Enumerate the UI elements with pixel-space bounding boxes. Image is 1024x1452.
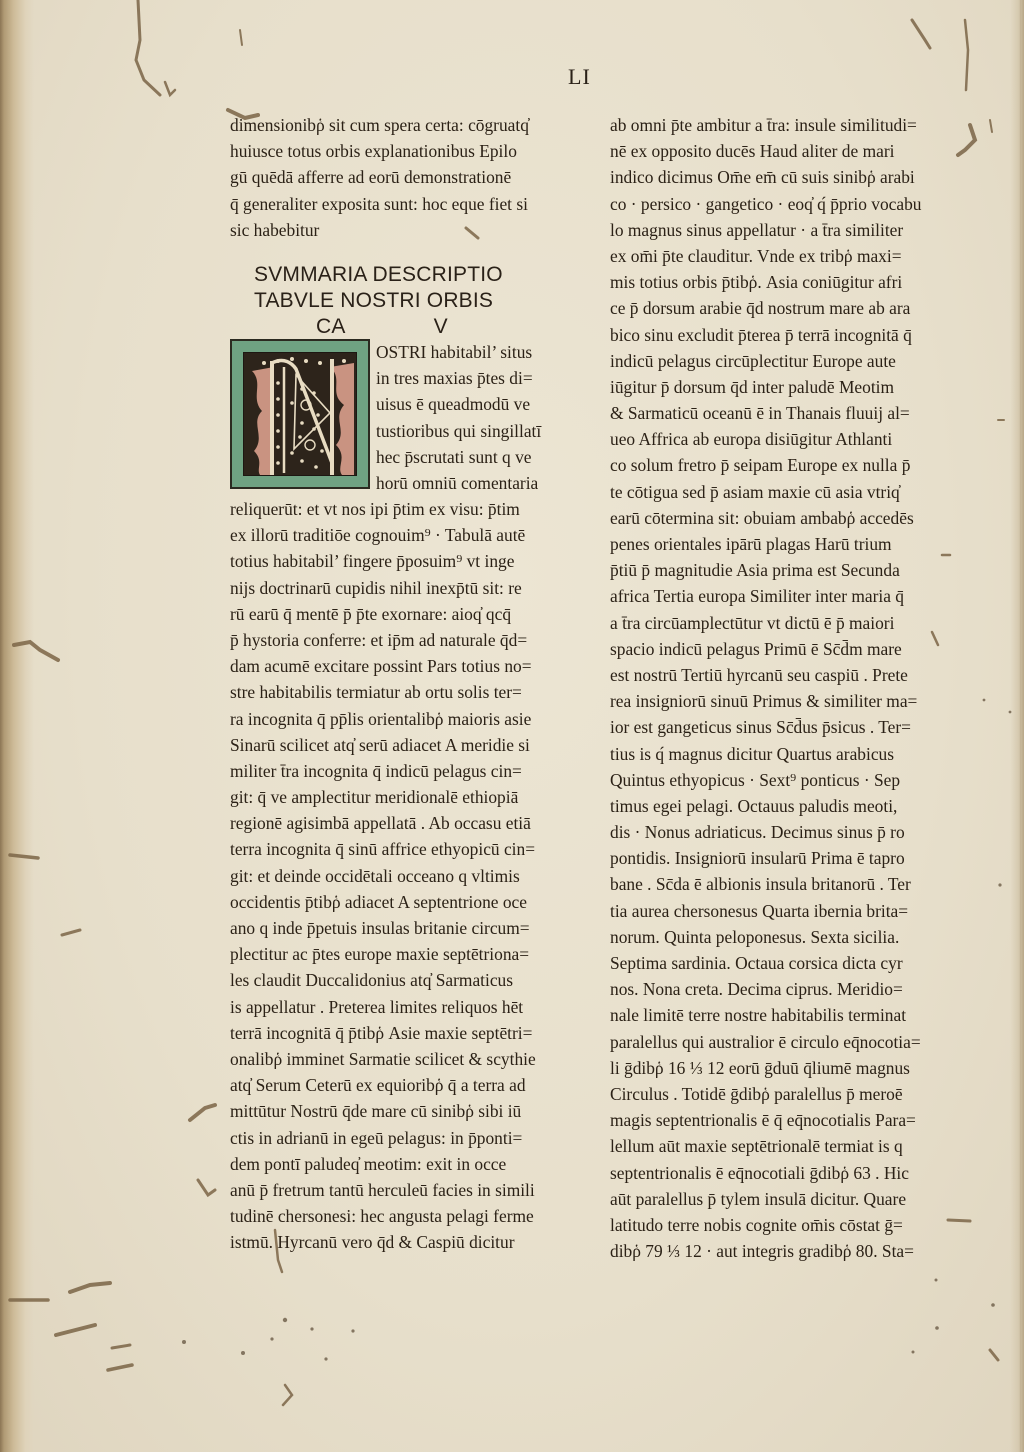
text-line: p̄tiū p̄ magnitudie Asia prima est Secu… [610,557,960,583]
heading-line-1: SVMMARIA DESCRIPTIO [254,262,503,288]
initial-letter-n-icon [244,353,357,476]
text-line: a t̄ra circūamplectūtur vt dictū ē p… [610,610,960,636]
text-line: uisus ē queadmodū ve [376,391,541,417]
text-line: spacio indicū pelagus Primū ē Sc̄d̄m … [610,636,960,662]
text-line: bico sinu excludit p̄terea p̄ terrā inc… [610,322,960,348]
text-line: ior est gangeticus sinus Sc̄d̄us p̄sicus… [610,714,960,740]
text-line: dem pontī paludeq̓ meotim: exit in occe [230,1151,536,1177]
text-line: iūgitur p̄ dorsum q̄d inter paludē Meo… [610,374,960,400]
book-page: LI dimensionibῥ sit cum spera certa: cō… [0,0,1024,1452]
text-line: co · persico · gangetico · eoq̓ q́ p̄pri… [610,191,960,217]
text-line: ra incognita q̄ pp̄lis orientalibῥ maior… [230,706,536,732]
text-line: aūt paralellus p̄ tylem insulā dicitur… [610,1186,960,1212]
text-line: latitudo terre nobis cognite om̄is cōst… [610,1212,960,1238]
text-line: co solum fretro p̄ seipam Europe ex null… [610,452,960,478]
text-line: Septima sardinia. Octaua corsica dicta c… [610,950,960,976]
text-line: q̄ generaliter exposita sunt: hoc eque f… [230,191,580,217]
text-line: git: et deinde occidētali occeano q vlt… [230,863,536,889]
text-line: dimensionibῥ sit cum spera certa: cōgru… [230,112,580,138]
chapter-label: CA V [254,314,503,340]
text-line: earū cōtermina sit: obuiam ambabῥ acce… [610,505,960,531]
text-line: dibῥ 79 ⅓ 12 · aut integris gradibῥ 80. … [610,1238,960,1264]
text-line: occidentis p̄tibῥ adiacet A septentrione… [230,889,536,915]
text-line: ex illorū traditiōe cognouim⁹ · Tabula… [230,522,536,548]
text-line: OSTRI habitabil’ situs [376,339,541,365]
text-line: istmū. Hyrcanū vero q̄d & Caspiū dici… [230,1229,536,1255]
text-line: penes orientales ipārū plagas Harū tr… [610,531,960,557]
text-line: reliquerūt: et vt nos ipi p̄tim ex visu… [230,496,536,522]
text-line: p̄ hystoria conferre: et ip̄m ad natural… [230,627,536,653]
chapter-heading: SVMMARIA DESCRIPTIO TABVLE NOSTRI ORBIS … [254,262,503,340]
text-line: onalibῥ imminet Sarmatie scilicet & scyt… [230,1046,536,1072]
text-line: nē ex opposito ducēs Haud aliter de ma… [610,138,960,164]
text-beside-initial: OSTRI habitabil’ situs in tres maxias p̄… [376,339,541,496]
text-line: est nostrū Tertiū hyrcanū seu caspiū… [610,662,960,688]
text-line: septentrionalis ē eq̄nocotiali ḡdibῥ 6… [610,1160,960,1186]
text-line: les claudit Duccalidonius atq̓ Sarmaticu… [230,967,536,993]
text-line: & Sarmaticū oceanū ē in Thanais fluui… [610,400,960,426]
folio-number: LI [568,64,591,90]
text-line: militer t̄ra incognita q̄ indicū pelagu… [230,758,536,784]
text-line: pontidis. Insigniorū insularū Prima ē… [610,845,960,871]
text-line: lo magnus sinus appellatur · a t̄ra simi… [610,217,960,243]
text-line: rū earū q̄ mentē p̄ p̄te exornare: ai… [230,601,536,627]
text-line: te cōtigua sed p̄ asiam maxie cū asia … [610,479,960,505]
text-line: timus egei pelagi. Octauus paludis meoti… [610,793,960,819]
text-line: li ḡdibῥ 16 ⅓ 12 eorū ḡduū q̄liumē … [610,1055,960,1081]
text-line: mis totius orbis p̄tibῥ. Asia coniūgitu… [610,269,960,295]
right-column-text: ab omni p̄te ambitur a t̄ra: insule simi… [610,112,960,1264]
text-line: ab omni p̄te ambitur a t̄ra: insule simi… [610,112,960,138]
text-line: terrā incognitā q̄ p̄tibῥ Asie maxie s… [230,1020,536,1046]
decorated-initial-n [230,339,372,491]
text-line: nos. Nona creta. Decima ciprus. Meridio= [610,976,960,1002]
text-line: atq̓ Serum Ceterū ex equioribῥ q̄ a ter… [230,1072,536,1098]
text-line: bane . Sc̄da ē albionis insula britanor… [610,871,960,897]
text-line: nijs doctrinarū cupidis nihil inexp̄tū… [230,575,536,601]
text-line: indicū pelagus circūplectitur Europe a… [610,348,960,374]
text-line: huiusce totus orbis explanationibus Epil… [230,138,580,164]
text-line: ano q inde p̄petuis insulas britanie cir… [230,915,536,941]
text-line: nale limitē terre nostre habitabilis te… [610,1002,960,1028]
text-line: Circulus . Totidē ḡdibῥ paralellus p̄ … [610,1081,960,1107]
chapter-label-ca: CA [316,314,346,340]
text-line: africa Tertia europa Similiter inter mar… [610,583,960,609]
text-line: gū quēdā afferre ad eorū demonstrati… [230,164,580,190]
text-line: ce p̄ dorsum arabie q̄d nostrum mare ab … [610,295,960,321]
text-line: rea insigniorū sinuū Primus & similite… [610,688,960,714]
text-line: in tres maxias p̄tes di= [376,365,541,391]
text-line: totius habitabil’ fingere p̄posuim⁹ vt i… [230,548,536,574]
text-line: tudinē chersonesi: hec angusta pelagi f… [230,1203,536,1229]
chapter-label-v: V [434,314,448,340]
text-line: plectitur ac p̄tes europe maxie septētr… [230,941,536,967]
text-line: ctis in adrianū in egeū pelagus: in p̄… [230,1125,536,1151]
text-line: ex om̄i p̄te clauditur. Vnde ex tribῥ ma… [610,243,960,269]
text-line: magis septentrionalis ē q̄ eq̄nocotiali… [610,1107,960,1133]
text-line: tius is q́ magnus dicitur Quartus arabic… [610,741,960,767]
heading-line-2: TABVLE NOSTRI ORBIS [254,288,503,314]
text-line: sic habebitur [230,217,580,243]
text-line: is appellatur . Preterea limites reliquo… [230,994,536,1020]
text-line: Quintus ethyopicus · Sext⁹ ponticus · Se… [610,767,960,793]
left-column-top-text: dimensionibῥ sit cum spera certa: cōgru… [230,112,580,243]
text-line: git: q̄ ve amplectitur meridionalē ethi… [230,784,536,810]
text-line: anū p̄ fretrum tantū herculeū facies … [230,1177,536,1203]
text-line: tustioribus qui singillatī [376,418,541,444]
text-line: paralellus qui australior ē circulo eq̄… [610,1029,960,1055]
text-line: terra incognita q̄ sinū affrice ethyopi… [230,836,536,862]
text-line: mittūtur Nostrū q̄de mare cū sinibῥ s… [230,1098,536,1124]
initial-ornament [243,352,357,476]
text-line: norum. Quinta peloponesus. Sexta sicilia… [610,924,960,950]
initial-frame [230,339,370,489]
text-line: regionē agisimbā appellatā . Ab occas… [230,810,536,836]
text-line: dam acumē excitare possint Pars totius … [230,653,536,679]
text-line: stre habitabilis termiatur ab ortu solis… [230,679,536,705]
text-line: hec p̄scrutati sunt q ve [376,444,541,470]
text-line: dis · Nonus adriaticus. Decimus sinus p̄… [610,819,960,845]
text-line: lellum aūt maxie septētrionalē termia… [610,1133,960,1159]
text-line: horū omniū comentaria [376,470,541,496]
text-line: Sinarū scilicet atq̓ serū adiacet A me… [230,732,536,758]
text-line: ueo Affrica ab europa disiūgitur Athlan… [610,426,960,452]
text-line: tia aurea chersonesus Quarta ibernia bri… [610,898,960,924]
text-line: indico dicimus Om̄e em̄ cū suis sinibῥ … [610,164,960,190]
left-column-body-text: reliquerūt: et vt nos ipi p̄tim ex visu… [230,496,536,1255]
